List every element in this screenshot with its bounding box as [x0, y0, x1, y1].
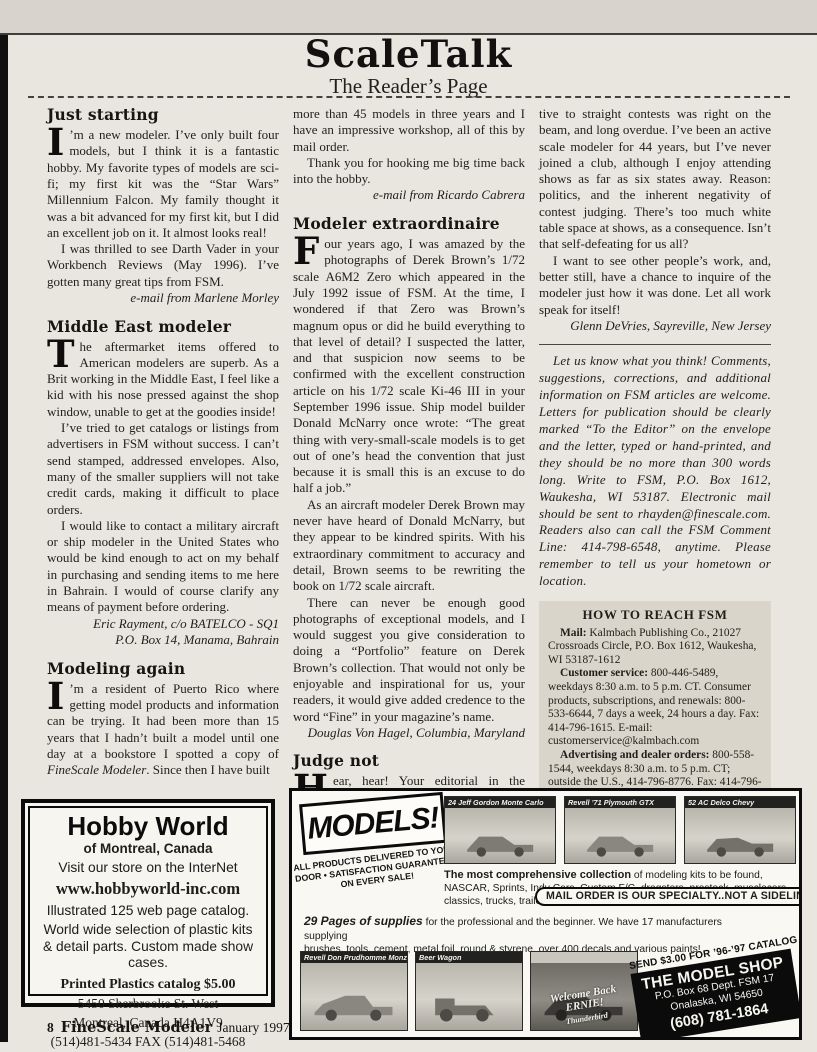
- car-silhouette-icon: [454, 826, 546, 859]
- supplies-lead: 29 Pages of supplies: [304, 914, 423, 928]
- truck-silhouette-icon: [424, 984, 513, 1024]
- footer-magazine-name: FineScale Modeler: [61, 1019, 213, 1036]
- letter-text: ’m a resident of Puerto Rico where getti…: [47, 681, 279, 761]
- models-logo-box: MODELS!: [299, 792, 447, 855]
- letter-paragraph: The aftermarket items offered to America…: [47, 339, 279, 420]
- letter-signature: Eric Rayment, c/o BATELCO - SQ1: [47, 616, 279, 633]
- reach-label: Mail:: [560, 627, 587, 639]
- letter-paragraph: I would like to contact a military aircr…: [47, 518, 279, 616]
- letter-text: . Since then I have built: [146, 762, 269, 777]
- kit-box-image: Welcome Back ERNIE!Thunderbird: [531, 963, 637, 1030]
- letter-signature: Glenn DeVries, Sayreville, New Jersey: [539, 318, 771, 335]
- kit-box-label: 52 AC Delco Chevy: [685, 797, 795, 808]
- letter-paragraph: As an aircraft modeler Derek Brown may n…: [293, 497, 525, 595]
- letter-paragraph: Four years ago, I was amazed by the phot…: [293, 236, 525, 497]
- left-bleed-bar: [0, 0, 8, 1042]
- hobby-world-subtitle: of Montreal, Canada: [30, 841, 266, 856]
- editor-note: Let us know what you think! Comments, su…: [539, 353, 771, 590]
- page-title: ScaleTalk: [0, 36, 817, 73]
- reach-label: Customer service:: [560, 667, 648, 679]
- hobby-world-printed-catalog: Printed Plastics catalog $5.00: [30, 977, 266, 993]
- kit-box-image: [445, 808, 555, 863]
- hobby-world-title: Hobby World: [30, 813, 266, 839]
- top-edge-band: [0, 0, 817, 35]
- drop-cap: I: [47, 681, 69, 710]
- kit-box-image: [301, 963, 407, 1030]
- kit-photo-row-top: 24 Jeff Gordon Monte Carlo Revell ’71 Pl…: [444, 796, 796, 864]
- hobby-world-url: www.hobbyworld-inc.com: [30, 879, 266, 899]
- footer-page-number: 8: [47, 1020, 54, 1035]
- letter-paragraph: There can never be enough good photograp…: [293, 595, 525, 725]
- hobby-world-address-line1: 5450 Sherbrooke St. West: [30, 996, 266, 1012]
- hobby-world-ad: Hobby World of Montreal, Canada Visit ou…: [21, 799, 275, 1007]
- models-logo-text: MODELS!: [306, 801, 440, 846]
- drop-cap: I: [47, 127, 69, 156]
- letter-signature: e-mail from Marlene Morley: [47, 290, 279, 307]
- reach-mail: Mail: Kalmbach Publishing Co., 21027 Cro…: [548, 627, 762, 668]
- editor-note-divider: [539, 344, 771, 345]
- page-footer: 8FineScale ModelerJanuary 1997: [47, 1019, 290, 1036]
- letter-paragraph: I’ve tried to get catalogs or listings f…: [47, 420, 279, 518]
- reach-label: Advertising and dealer orders:: [560, 749, 709, 761]
- kit-box-photo: 52 AC Delco Chevy: [684, 796, 796, 864]
- models-description-lead: The most comprehensive collection: [444, 869, 631, 881]
- letter-paragraph: Thank you for hooking me big time back i…: [293, 155, 525, 188]
- kit-box-photo: 24 Jeff Gordon Monte Carlo: [444, 796, 556, 864]
- footer-issue-date: January 1997: [217, 1020, 289, 1035]
- letter-paragraph: I’m a new modeler. I’ve only built four …: [47, 127, 279, 241]
- kit-box-photo: Revell ’71 Plymouth GTX: [564, 796, 676, 864]
- kit-box-image: [416, 963, 522, 1030]
- hobby-world-description: World wide selection of plastic kits & d…: [40, 922, 256, 972]
- letter-signature: e-mail from Ricardo Cabrera: [293, 187, 525, 204]
- hobby-world-catalog-line: Illustrated 125 web page catalog.: [30, 903, 266, 919]
- kit-box-photo: Revell Don Prudhomme Monza Funny Car: [300, 951, 408, 1031]
- letter-signature: P.O. Box 14, Manama, Bahrain: [47, 632, 279, 649]
- magazine-page: ScaleTalk The Reader’s Page Just startin…: [0, 0, 817, 1052]
- letter-paragraph: I’m a resident of Puerto Rico where gett…: [47, 681, 279, 779]
- kit-box-label: Beer Wagon: [416, 952, 522, 963]
- letter-text: our years ago, I was amazed by the photo…: [293, 236, 525, 495]
- drop-cap: F: [293, 236, 324, 265]
- kit-box-photo: Beer Wagon: [415, 951, 523, 1031]
- kit-box-photo: Welcome Back ERNIE!Thunderbird: [530, 951, 638, 1031]
- kit-box-image: [685, 808, 795, 863]
- letter-paragraph: I want to see other people’s work, and, …: [539, 253, 771, 318]
- car-silhouette-icon: [574, 826, 666, 859]
- mail-order-badge: MAIL ORDER IS OUR SPECIALTY..NOT A SIDEL…: [535, 887, 802, 906]
- hobby-world-tagline: Visit our store on the InterNet: [30, 860, 266, 876]
- model-shop-ad: MODELS! ALL PRODUCTS DELIVERED TO YOUR D…: [289, 788, 802, 1040]
- letter-heading: Modeling again: [47, 660, 279, 677]
- letter-paragraph: I was thrilled to see Darth Vader in you…: [47, 241, 279, 290]
- letter-heading: Judge not: [293, 752, 525, 769]
- reach-customer-service: Customer service: 800-446-5489, weekdays…: [548, 667, 762, 749]
- letter-text: ’m a new modeler. I’ve only built four m…: [47, 127, 279, 240]
- letter-paragraph-continued: tive to straight contests was right on t…: [539, 106, 771, 253]
- letter-text: he aftermarket items offered to American…: [47, 339, 279, 419]
- letter-heading: Just starting: [47, 106, 279, 123]
- reach-box-title: HOW TO REACH FSM: [548, 608, 762, 622]
- kit-box-label: Revell Don Prudhomme Monza Funny Car: [301, 952, 407, 963]
- dashed-divider: [28, 96, 790, 98]
- hobby-world-ad-inner-border: Hobby World of Montreal, Canada Visit ou…: [28, 806, 268, 996]
- car-silhouette-icon: [309, 984, 398, 1024]
- drop-cap: T: [47, 339, 80, 368]
- letter-signature: Douglas Von Hagel, Columbia, Maryland: [293, 725, 525, 742]
- letter-heading: Modeler extraordinaire: [293, 215, 525, 232]
- kit-photo-row-bottom: Revell Don Prudhomme Monza Funny Car Bee…: [300, 951, 638, 1031]
- car-silhouette-icon: [694, 826, 786, 859]
- masthead: ScaleTalk The Reader’s Page: [0, 34, 817, 99]
- letter-paragraph-continued: more than 45 models in three years and I…: [293, 106, 525, 155]
- magazine-name-italic: FineScale Modeler: [47, 762, 146, 777]
- kit-box-label: 24 Jeff Gordon Monte Carlo: [445, 797, 555, 808]
- kit-box-image: [565, 808, 675, 863]
- letter-heading: Middle East modeler: [47, 318, 279, 335]
- kit-box-label: Revell ’71 Plymouth GTX: [565, 797, 675, 808]
